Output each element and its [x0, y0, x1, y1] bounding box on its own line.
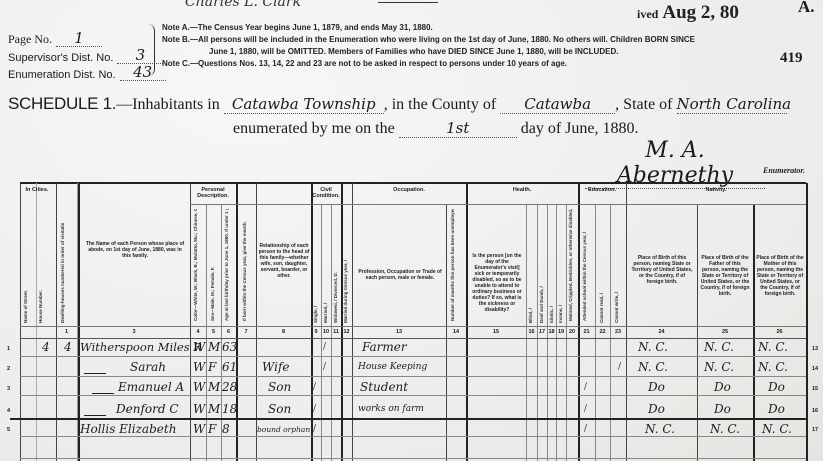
col-divider	[806, 183, 808, 461]
birthplace: N. C.	[638, 340, 668, 354]
enumeration-value: 43	[120, 65, 166, 81]
group-occupation: Occupation.	[352, 187, 466, 193]
married-mark: /	[323, 342, 326, 352]
header-idiotic: Idiotic, /	[549, 293, 554, 323]
column-number: 23	[610, 329, 626, 335]
color: W	[193, 422, 205, 436]
row-rule	[20, 356, 806, 357]
header-age: Age at last birthday prior to June 1, 18…	[224, 209, 229, 321]
header-house-number: House Number.	[38, 283, 43, 323]
relationship: Son	[268, 380, 291, 394]
supervisor-row: Supervisor's Dist. No. 3	[8, 47, 166, 64]
column-number: 19	[556, 329, 566, 335]
header-months-unemployed: Number of months this person has been un…	[450, 209, 455, 321]
header-cannot-read: Cannot read, /	[599, 283, 604, 323]
day-value: 1st	[399, 119, 517, 138]
color: W	[193, 340, 205, 354]
page-no-row: Page No. 1	[8, 30, 166, 47]
column-number: 25	[697, 329, 753, 335]
mother-birthplace: N. C.	[758, 340, 788, 354]
district-info: Page No. 1 Supervisor's Dist. No. 3 Enum…	[8, 30, 166, 81]
row-index-right: 13	[812, 346, 818, 352]
color: W	[193, 360, 205, 374]
row-rule	[20, 436, 806, 437]
row-rule	[20, 376, 806, 377]
single-mark: /	[313, 382, 316, 392]
enumerated-suffix: day of June, 1880.	[521, 120, 639, 137]
occupation: Student	[360, 380, 408, 394]
group-header-rule	[190, 204, 806, 205]
census-notes: Note A.—The Census Year begins June 1, 1…	[162, 22, 695, 70]
age: 8	[222, 422, 230, 436]
sex: F	[208, 360, 216, 374]
occupation: Farmer	[362, 340, 407, 354]
person-name: Witherspoon Miles R	[80, 340, 202, 354]
header-occupation: Profession, Occupation or Trade of each …	[358, 269, 442, 281]
header-maimed: Maimed, Crippled, Bedridden, or otherwis…	[568, 209, 573, 321]
enumeration-label: Enumeration Dist. No.	[8, 69, 116, 81]
column-number: 8	[256, 329, 311, 335]
column-number: 7	[236, 329, 256, 335]
father-birthplace: N. C.	[710, 422, 740, 436]
group-personal-description: Personal Description.	[190, 187, 236, 199]
column-number: 13	[352, 329, 446, 335]
row-index-right: 17	[812, 427, 818, 433]
row-rule-heavy	[10, 418, 806, 420]
ditto-dash	[84, 373, 106, 374]
married-mark: /	[323, 362, 326, 372]
enumerator-label: Enumerator.	[763, 166, 805, 175]
schedule-title: SCHEDULE 1.—Inhabitants in Catawba Towns…	[8, 94, 787, 114]
color: W	[193, 380, 205, 394]
column-number: 5	[206, 329, 221, 335]
state-label: , State of	[615, 96, 672, 113]
header-dwelling: Dwelling-houses numbered in order of vis…	[60, 223, 65, 323]
header-blind: Blind, /	[528, 293, 533, 323]
county-label: , in the County of	[384, 96, 496, 113]
stamp-date: Aug 2, 80	[662, 2, 739, 23]
header-name: The Name of each Person whose place of a…	[84, 241, 186, 259]
header-birth-month: If born within the Census year, give the…	[242, 209, 247, 321]
column-number: 22	[595, 329, 610, 335]
column-number: 1	[56, 329, 77, 335]
row-index: 2	[7, 366, 10, 372]
header-relationship: Relationship of each person to the head …	[258, 243, 310, 279]
inhabitants-label: —Inhabitants in	[116, 96, 220, 113]
row-index-right: 14	[812, 366, 818, 372]
note-b-line1: Note B.—All persons will be included in …	[162, 34, 695, 46]
supervisor-label: Supervisor's Dist. No.	[8, 52, 113, 64]
note-c: Note C.—Questions Nos. 13, 14, 22 and 23…	[162, 58, 695, 70]
single-mark: /	[313, 424, 316, 434]
header-sex: Sex—Male, M.; Female, F.	[210, 243, 215, 321]
column-number: 12	[341, 329, 352, 335]
father-birthplace: N. C.	[704, 340, 734, 354]
header-color: Color—White, W.; Black, B.; Mulatto, Mu.…	[193, 209, 198, 321]
mother-birthplace: Do	[768, 380, 785, 394]
meta-brace	[148, 24, 155, 76]
row-rule	[20, 395, 806, 396]
page-no-value: 1	[56, 31, 102, 47]
township-value: Catawba Township	[224, 95, 384, 114]
person-name: Sarah	[130, 360, 166, 374]
note-a: Note A.—The Census Year begins June 1, 1…	[162, 22, 695, 34]
single-mark: /	[313, 404, 316, 414]
column-number: 6	[221, 329, 236, 335]
census-page: Charles L. Clark ivedAug 2, 80 A. 419 Pa…	[0, 0, 823, 461]
column-number: 24	[626, 329, 697, 335]
school-mark: /	[584, 382, 587, 392]
occupation: works on farm	[358, 404, 424, 414]
sex: M	[208, 340, 220, 354]
column-number: 4	[190, 329, 206, 335]
schedule-label: SCHEDULE 1.	[8, 94, 116, 113]
ditto-dash	[84, 415, 106, 416]
family-number: 4	[64, 340, 72, 354]
header-married-census-year: Married during Census year, /	[343, 233, 348, 323]
age: 63	[222, 340, 237, 354]
column-number: 17	[537, 329, 547, 335]
group-health: Health.	[466, 187, 578, 193]
school-mark: /	[584, 404, 587, 414]
father-birthplace: N. C.	[704, 360, 734, 374]
sheet-number: 419	[780, 50, 803, 67]
header-rule	[20, 326, 806, 327]
header-street: Name of Street.	[23, 283, 28, 323]
header-father-birthplace: Place of Birth of the Father of this per…	[700, 255, 750, 297]
column-number: 3	[78, 329, 190, 335]
header-mother-birthplace: Place of Birth of the Mother of this per…	[756, 255, 804, 297]
group-nativity: Nativity.	[626, 187, 806, 193]
person-name: Hollis Elizabeth	[80, 422, 176, 436]
mother-birthplace: N. C.	[758, 360, 788, 374]
column-number: 15	[466, 329, 526, 335]
county-value: Catawba	[500, 95, 615, 114]
dwelling-number: 4	[42, 340, 50, 354]
row-index-right: 16	[812, 408, 818, 414]
birthplace: N. C.	[638, 360, 668, 374]
column-number: 9	[311, 329, 321, 335]
header-sickness: Is the person [on the day of the Enumera…	[470, 253, 524, 313]
top-scrawl: Charles L. Clark	[185, 0, 301, 10]
supervisor-value: 3	[117, 48, 163, 64]
row-index: 3	[7, 386, 10, 392]
school-mark: /	[584, 424, 587, 434]
state-value: North Carolina	[677, 95, 787, 114]
column-number: 20	[566, 329, 578, 335]
note-b-line2: June 1, 1880, will be OMITTED. Members o…	[162, 46, 695, 58]
mother-birthplace: N. C.	[762, 422, 792, 436]
header-cannot-write: Cannot write, /	[614, 283, 619, 323]
row-index: 4	[7, 408, 10, 414]
header-deaf-dumb: Deaf and Dumb, /	[539, 273, 544, 323]
row-index-right: 15	[812, 386, 818, 392]
group-education: Education.	[578, 187, 626, 193]
colnum-rule	[20, 338, 806, 339]
top-underline	[378, 0, 438, 3]
column-number: 11	[331, 329, 341, 335]
occupation: House Keeping	[358, 362, 427, 372]
header-insane: Insane, /	[558, 293, 563, 323]
header-married: Married, /	[323, 283, 328, 323]
enumeration-row: Enumeration Dist. No. 43	[8, 64, 166, 81]
group-in-cities: In Cities.	[22, 187, 52, 193]
sex: M	[208, 380, 220, 394]
ditto-dash	[92, 393, 114, 394]
color: W	[193, 402, 205, 416]
page-no-label: Page No.	[8, 32, 52, 47]
age: 18	[222, 402, 237, 416]
column-number: 10	[321, 329, 331, 335]
column-number: 16	[526, 329, 537, 335]
row-index: 5	[7, 427, 10, 433]
age: 61	[222, 360, 237, 374]
row-index: 1	[7, 346, 10, 352]
column-number: 26	[753, 329, 806, 335]
column-number: 21	[578, 329, 595, 335]
father-birthplace: Do	[714, 402, 731, 416]
header-single: Single, /	[313, 293, 318, 323]
enumeration-date-line: enumerated by me on the 1st day of June,…	[233, 119, 638, 138]
cannot-write-mark: /	[618, 362, 621, 372]
sex: M	[208, 402, 220, 416]
birthplace: Do	[648, 402, 665, 416]
column-number: 18	[547, 329, 556, 335]
row-rule	[20, 458, 806, 459]
enumerated-prefix: enumerated by me on the	[233, 120, 395, 137]
group-civil-condition: Civil Condition.	[311, 187, 341, 199]
sex: F	[208, 422, 216, 436]
header-birthplace: Place of Birth of this person, naming St…	[630, 255, 694, 285]
mother-birthplace: Do	[768, 402, 785, 416]
census-table: In Cities. Personal Description. Civil C…	[0, 183, 823, 461]
received-stamp: ivedAug 2, 80	[637, 2, 739, 24]
header-attended-school: Attended school within the Census year, …	[582, 209, 587, 321]
relationship: bound orphan	[257, 425, 310, 434]
corner-letter: A.	[798, 0, 815, 17]
stamp-prefix: ived	[637, 7, 658, 21]
birthplace: N. C.	[645, 422, 675, 436]
age: 28	[222, 380, 237, 394]
birthplace: Do	[648, 380, 665, 394]
person-name: Emanuel A	[118, 380, 184, 394]
person-name: Denford C	[116, 402, 179, 416]
relationship: Wife	[262, 360, 290, 374]
father-birthplace: Do	[714, 380, 731, 394]
column-number: 14	[446, 329, 466, 335]
header-widowed-divorced: Widowed, / Divorced, D.	[333, 253, 338, 323]
relationship: Son	[268, 402, 291, 416]
